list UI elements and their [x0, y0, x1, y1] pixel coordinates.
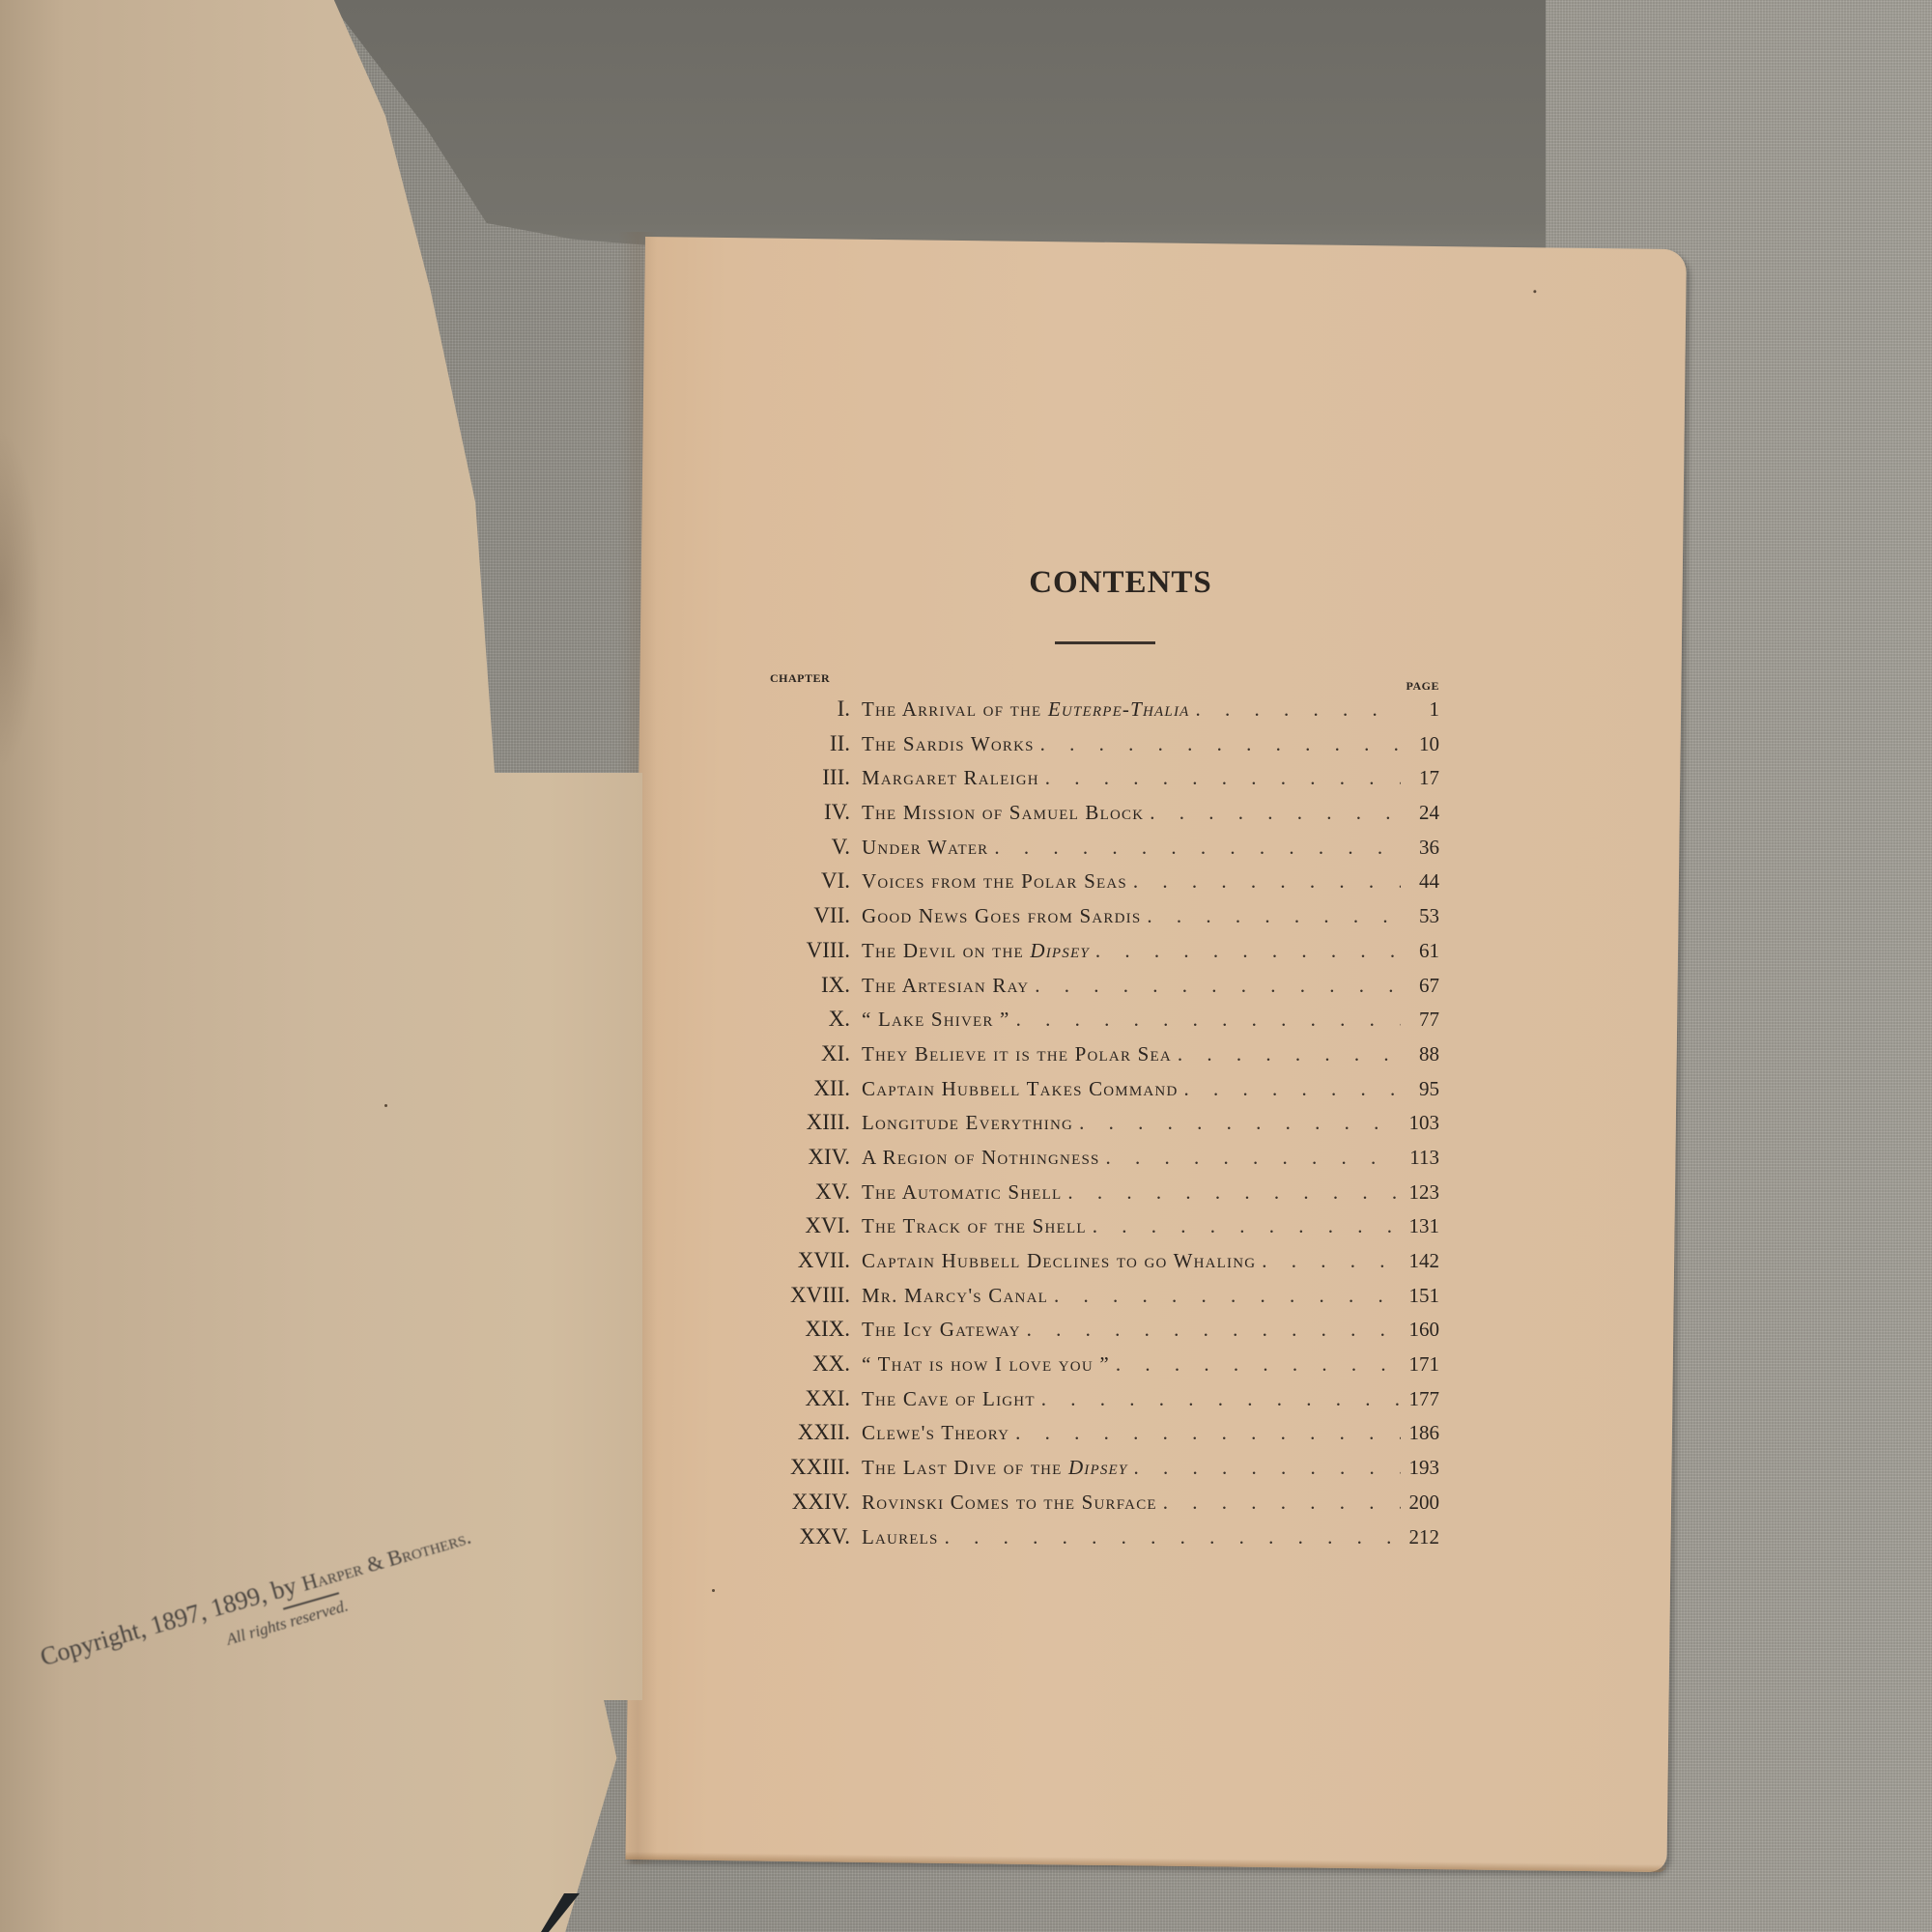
chapter-entry: XII.Captain Hubbell Takes Command95: [763, 1076, 1439, 1111]
chapter-entry: XIV.A Region of Nothingness113: [763, 1145, 1439, 1179]
chapter-number: II.: [763, 731, 862, 756]
dot-leader: [1133, 869, 1401, 894]
chapter-number: XI.: [763, 1041, 862, 1066]
chapter-number: XXV.: [763, 1524, 862, 1549]
chapter-title-italic: Dipsey: [1068, 1456, 1128, 1479]
chapter-page-number: 103: [1406, 1111, 1439, 1135]
paper-speck: [1533, 290, 1536, 293]
chapter-page-number: 44: [1406, 869, 1439, 894]
chapter-title: Mr. Marcy's Canal: [862, 1284, 1048, 1308]
chapter-title: The Devil on the Dipsey: [862, 939, 1090, 963]
chapter-number: XXI.: [763, 1386, 862, 1411]
chapter-page-number: 88: [1406, 1042, 1439, 1066]
chapter-title-text: The Artesian Ray: [862, 974, 1029, 997]
chapter-number: X.: [763, 1007, 862, 1032]
chapter-number: XV.: [763, 1179, 862, 1205]
chapter-entry: III.Margaret Raleigh17: [763, 765, 1439, 800]
chapter-entry: X.“ Lake Shiver ”77: [763, 1007, 1439, 1041]
chapter-number: XIV.: [763, 1145, 862, 1170]
dot-leader: [1095, 939, 1401, 963]
chapter-title: The Track of the Shell: [862, 1214, 1087, 1238]
chapter-entry: XI.They Believe it is the Polar Sea88: [763, 1041, 1439, 1076]
chapter-number: XXII.: [763, 1420, 862, 1445]
chapter-entry: VI.Voices from the Polar Seas44: [763, 868, 1439, 903]
chapter-number: I.: [763, 696, 862, 722]
chapter-page-number: 186: [1406, 1421, 1439, 1445]
chapter-page-number: 113: [1406, 1146, 1439, 1170]
chapter-entry: VII.Good News Goes from Sardis53: [763, 903, 1439, 938]
title-rule: [1055, 641, 1155, 644]
chapter-entry: XIII.Longitude Everything103: [763, 1110, 1439, 1145]
chapter-page-number: 24: [1406, 801, 1439, 825]
chapter-title: Captain Hubbell Declines to go Whaling: [862, 1249, 1256, 1273]
chapter-entry: VIII.The Devil on the Dipsey61: [763, 938, 1439, 973]
chapter-number: XX.: [763, 1351, 862, 1377]
chapter-title: Good News Goes from Sardis: [862, 904, 1141, 928]
chapter-number: V.: [763, 835, 862, 860]
dot-leader: [1041, 1387, 1401, 1411]
dot-leader: [1196, 697, 1402, 722]
dot-leader: [1067, 1180, 1401, 1205]
chapter-page-number: 151: [1406, 1284, 1439, 1308]
chapter-title-text: Mr. Marcy's Canal: [862, 1284, 1048, 1307]
chapter-entry: I.The Arrival of the Euterpe-Thalia1: [763, 696, 1439, 731]
chapter-title: The Arrival of the Euterpe-Thalia: [862, 697, 1190, 722]
chapter-title-text: Captain Hubbell Declines to go Whaling: [862, 1249, 1256, 1272]
chapter-title: Laurels: [862, 1525, 939, 1549]
chapter-entry: XXI.The Cave of Light177: [763, 1386, 1439, 1421]
dot-leader: [1016, 1008, 1401, 1032]
chapter-page-number: 10: [1406, 732, 1439, 756]
dot-leader: [1262, 1249, 1401, 1273]
chapter-page-number: 95: [1406, 1077, 1439, 1101]
chapter-title: Longitude Everything: [862, 1111, 1073, 1135]
chapter-title: Margaret Raleigh: [862, 766, 1039, 790]
chapter-title: The Cave of Light: [862, 1387, 1036, 1411]
dot-leader: [1054, 1284, 1401, 1308]
chapter-title: Rovinski Comes to the Surface: [862, 1491, 1157, 1515]
chapter-column-header: CHAPTER: [770, 671, 830, 686]
chapter-page-number: 200: [1406, 1491, 1439, 1515]
chapter-title-text: The Track of the Shell: [862, 1214, 1087, 1237]
dot-leader: [1150, 801, 1401, 825]
chapter-title-text: The Cave of Light: [862, 1387, 1036, 1410]
chapter-number: XVIII.: [763, 1283, 862, 1308]
chapter-title: The Automatic Shell: [862, 1180, 1062, 1205]
dot-leader: [1045, 766, 1401, 790]
page-title: CONTENTS: [763, 560, 1439, 605]
chapter-entry: XX.“ That is how I love you ”171: [763, 1351, 1439, 1386]
chapter-title: The Icy Gateway: [862, 1318, 1021, 1342]
chapter-page-number: 77: [1406, 1008, 1439, 1032]
chapter-title-text: The Automatic Shell: [862, 1180, 1062, 1204]
chapter-title-text: The Arrival of the: [862, 697, 1048, 721]
paper-speck: [384, 1104, 387, 1107]
chapter-page-number: 177: [1406, 1387, 1439, 1411]
chapter-title: They Believe it is the Polar Sea: [862, 1042, 1172, 1066]
chapter-title-text: They Believe it is the Polar Sea: [862, 1042, 1172, 1065]
chapter-title-italic: Dipsey: [1030, 939, 1090, 962]
chapter-title-text: The Icy Gateway: [862, 1318, 1021, 1341]
dot-leader: [1015, 1421, 1401, 1445]
chapter-page-number: 171: [1406, 1352, 1439, 1377]
dot-leader: [1040, 732, 1401, 756]
dot-leader: [1035, 974, 1401, 998]
chapter-title-text: A Region of Nothingness: [862, 1146, 1100, 1169]
chapter-title-text: Clewe's Theory: [862, 1421, 1009, 1444]
chapter-title-text: The Devil on the: [862, 939, 1030, 962]
dot-leader: [945, 1525, 1401, 1549]
chapter-number: XVI.: [763, 1213, 862, 1238]
chapter-title: The Last Dive of the Dipsey: [862, 1456, 1127, 1480]
dot-leader: [1163, 1491, 1401, 1515]
chapter-title: Under Water: [862, 836, 988, 860]
chapter-number: XIX.: [763, 1317, 862, 1342]
dot-leader: [1027, 1318, 1401, 1342]
dot-leader: [1116, 1352, 1401, 1377]
dot-leader: [1093, 1214, 1401, 1238]
chapter-title-text: Voices from the Polar Seas: [862, 869, 1127, 893]
chapter-page-number: 160: [1406, 1318, 1439, 1342]
chapter-number: III.: [763, 765, 862, 790]
chapter-page-number: 36: [1406, 836, 1439, 860]
chapter-number: VI.: [763, 868, 862, 894]
dot-leader: [994, 836, 1401, 860]
chapter-title: Captain Hubbell Takes Command: [862, 1077, 1178, 1101]
chapter-number: XII.: [763, 1076, 862, 1101]
dot-leader: [1183, 1077, 1401, 1101]
chapter-number: XIII.: [763, 1110, 862, 1135]
dot-leader: [1147, 904, 1401, 928]
chapter-title: “ Lake Shiver ”: [862, 1008, 1010, 1032]
chapter-title-text: The Last Dive of the: [862, 1456, 1068, 1479]
table-of-contents: CONTENTS CHAPTER PAGE I.The Arrival of t…: [763, 560, 1439, 1558]
chapter-title-text: Rovinski Comes to the Surface: [862, 1491, 1157, 1514]
paper-speck: [712, 1589, 715, 1592]
chapter-title-text: The Sardis Works: [862, 732, 1035, 755]
chapter-title-text: “ Lake Shiver ”: [862, 1008, 1010, 1031]
chapter-page-number: 212: [1406, 1525, 1439, 1549]
chapter-entry: XXII.Clewe's Theory186: [763, 1420, 1439, 1455]
chapter-entry: XXIV.Rovinski Comes to the Surface200: [763, 1490, 1439, 1524]
chapter-number: XVII.: [763, 1248, 862, 1273]
chapter-page-number: 123: [1406, 1180, 1439, 1205]
chapter-entry: II.The Sardis Works10: [763, 731, 1439, 766]
chapter-page-number: 67: [1406, 974, 1439, 998]
chapter-entry: V.Under Water36: [763, 835, 1439, 869]
chapter-number: IX.: [763, 973, 862, 998]
chapter-entry: XXV.Laurels212: [763, 1524, 1439, 1559]
chapter-title-text: Captain Hubbell Takes Command: [862, 1077, 1178, 1100]
chapter-title-text: Margaret Raleigh: [862, 766, 1039, 789]
chapter-title: Voices from the Polar Seas: [862, 869, 1127, 894]
chapter-page-number: 17: [1406, 766, 1439, 790]
chapter-page-number: 193: [1406, 1456, 1439, 1480]
chapter-title-text: Under Water: [862, 836, 988, 859]
chapter-number: XXIII.: [763, 1455, 862, 1480]
dot-leader: [1106, 1146, 1401, 1170]
dot-leader: [1133, 1456, 1401, 1480]
chapter-number: VIII.: [763, 938, 862, 963]
chapter-title-text: “ That is how I love you ”: [862, 1352, 1110, 1376]
chapter-page-number: 61: [1406, 939, 1439, 963]
chapter-number: XXIV.: [763, 1490, 862, 1515]
chapter-title: The Artesian Ray: [862, 974, 1029, 998]
chapter-page-number: 142: [1406, 1249, 1439, 1273]
chapter-entry: XVIII.Mr. Marcy's Canal151: [763, 1283, 1439, 1318]
chapter-title: Clewe's Theory: [862, 1421, 1009, 1445]
chapter-title-italic: Euterpe-Thalia: [1048, 697, 1190, 721]
chapter-title: “ That is how I love you ”: [862, 1352, 1110, 1377]
chapter-entry: XV.The Automatic Shell123: [763, 1179, 1439, 1214]
chapter-title-text: Laurels: [862, 1525, 939, 1548]
chapter-title: The Sardis Works: [862, 732, 1035, 756]
chapter-entry: IX.The Artesian Ray67: [763, 973, 1439, 1008]
chapter-title-text: Longitude Everything: [862, 1111, 1073, 1134]
chapter-page-number: 1: [1406, 697, 1439, 722]
chapter-title: The Mission of Samuel Block: [862, 801, 1144, 825]
chapter-title-text: Good News Goes from Sardis: [862, 904, 1141, 927]
chapter-number: IV.: [763, 800, 862, 825]
page-column-header: PAGE: [1406, 679, 1439, 694]
chapter-title: A Region of Nothingness: [862, 1146, 1100, 1170]
chapter-number: VII.: [763, 903, 862, 928]
chapter-entry: IV.The Mission of Samuel Block24: [763, 800, 1439, 835]
chapter-entry: XVII.Captain Hubbell Declines to go Whal…: [763, 1248, 1439, 1283]
chapter-entry: XVI.The Track of the Shell131: [763, 1213, 1439, 1248]
chapter-page-number: 53: [1406, 904, 1439, 928]
chapter-title-text: The Mission of Samuel Block: [862, 801, 1144, 824]
chapter-page-number: 131: [1406, 1214, 1439, 1238]
chapter-entry: XIX.The Icy Gateway160: [763, 1317, 1439, 1351]
column-headers: CHAPTER PAGE: [763, 671, 1439, 696]
chapter-entry: XXIII.The Last Dive of the Dipsey193: [763, 1455, 1439, 1490]
chapter-list: I.The Arrival of the Euterpe-Thalia1II.T…: [763, 696, 1439, 1558]
dot-leader: [1178, 1042, 1401, 1066]
dot-leader: [1079, 1111, 1401, 1135]
